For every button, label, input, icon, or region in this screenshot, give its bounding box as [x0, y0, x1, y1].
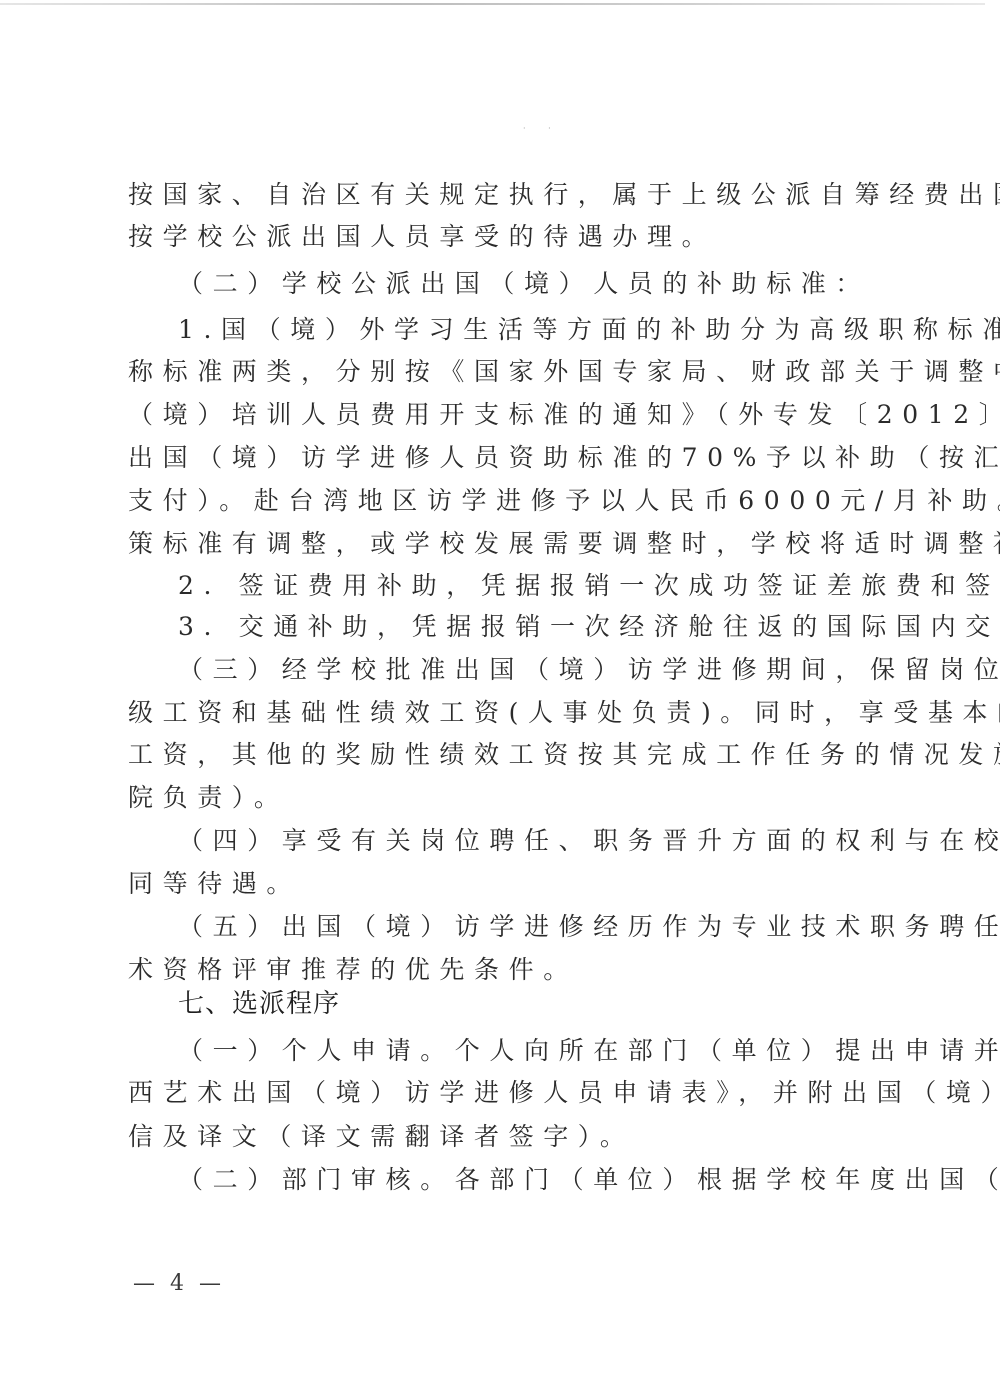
text-line: 西艺术出国（境）访学进修人员申请表》，并附出国（境）正式邀请 [128, 1078, 868, 1108]
text-line: 策标准有调整，或学校发展需要调整时，学校将适时调整补助标准。 [128, 529, 868, 559]
text-line: 3. 交通补助，凭据报销一次经济舱往返的国际国内交通费。 [178, 612, 868, 642]
text-line: 按国家、自治区有关规定执行，属于上级公派自筹经费出国（境）的 [128, 180, 868, 210]
text-line: 支付）。赴台湾地区访学进修予以人民币6000元/月补助。如国家政 [128, 486, 868, 516]
text-line: 同等待遇。 [128, 869, 868, 899]
text-line: 术资格评审推荐的优先条件。 [128, 955, 868, 985]
text-line: （境）培训人员费用开支标准的通知》（外专发〔2012〕126号）中 [128, 400, 868, 430]
section-heading: 七、选派程序 [178, 989, 340, 1019]
document-page: 按国家、自治区有关规定执行，属于上级公派自筹经费出国（境）的按学校公派出国人员享… [0, 0, 1000, 1390]
text-line: 按学校公派出国人员享受的待遇办理。 [128, 222, 868, 252]
text-line: （一）个人申请。个人向所在部门（单位）提出申请并填写《广 [178, 1036, 868, 1066]
text-line: 信及译文（译文需翻译者签字）。 [128, 1122, 868, 1152]
text-line: 称标准两类，分别按《国家外国专家局、财政部关于调整中长期出国 [128, 357, 868, 387]
text-line: （三）经学校批准出国（境）访学进修期间，保留岗位工资、薪 [178, 655, 868, 685]
text-line: 出国（境）访学进修人员资助标准的70%予以补助（按汇率以人民币 [128, 443, 868, 473]
text-line: （二）学校公派出国（境）人员的补助标准： [178, 269, 868, 299]
text-line: （四）享受有关岗位聘任、职务晋升方面的权利与在校在岗人员 [178, 826, 868, 856]
text-line: （五）出国（境）访学进修经历作为专业技术职务聘任、专业技 [178, 912, 868, 942]
text-line: （二）部门审核。各部门（单位）根据学校年度出国（境）人员 [178, 1165, 868, 1195]
text-line: 院负责）。 [128, 783, 868, 813]
text-line: 工资，其他的奖励性绩效工资按其完成工作任务的情况发放（二级学 [128, 740, 868, 770]
text-line: 级工资和基础性绩效工资(人事处负责)。同时，享受基本的奖励性绩效 [128, 698, 868, 728]
page-number: — 4 — [133, 1269, 225, 1299]
text-line: 1.国（境）外学习生活等方面的补助分为高级职称标准和普通职 [178, 315, 868, 345]
text-line: 2. 签证费用补助，凭据报销一次成功签证差旅费和签证费。 [178, 571, 868, 601]
